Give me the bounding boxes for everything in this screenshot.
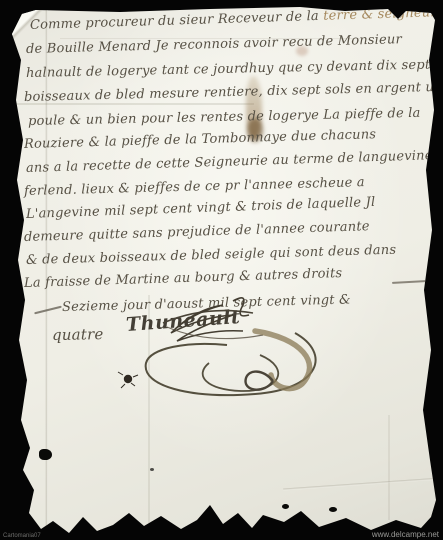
manuscript-line: ferlend. lieux & pieffes de ce pr l'anne… (24, 175, 365, 199)
date-lead-flourish (34, 306, 62, 315)
manuscript-line: poule & un bien pour les rentes de loger… (28, 106, 421, 129)
manuscript-line: boisseaux de bled mesure rentiere, dix s… (24, 80, 443, 105)
manuscript-line: halnault de logerye tant ce jourdhuy que… (26, 58, 431, 81)
manuscript-line: Rouziere & la pieffe de la Tombonnaye du… (24, 127, 377, 152)
manuscript-line: L'angevine mil sept cent vingt & trois d… (26, 195, 376, 222)
manuscript-line: Comme procureur du sieur Receveur de la … (30, 5, 443, 33)
manuscript-line: & de deux boisseaux de bled seigle qui s… (26, 243, 397, 268)
manuscript-line: de Bouille Menard Je reconnois avoir rec… (26, 32, 402, 57)
watermark-delcampe: www.delcampe.net (372, 530, 439, 539)
manuscript-line: La fraisse de Martine au bourg & autres … (24, 266, 343, 291)
signature-paraph-flourish (105, 293, 340, 415)
paper-hole (39, 449, 52, 460)
line-end-flourish (392, 280, 426, 284)
manuscript-date-line: quatre (52, 325, 104, 344)
paper-speck (329, 507, 337, 512)
scan-background: Comme procureur du sieur Receveur de la … (0, 0, 443, 540)
diagonal-crease (283, 477, 441, 490)
line-text-faded: terre & seigneurie (323, 5, 443, 24)
vertical-crease-right (388, 415, 390, 520)
paper-speck (282, 504, 289, 509)
line-text: Comme procureur du sieur Receveur de la (30, 9, 324, 33)
manuscript-line: demeure quitte sans prejudice de l'annee… (24, 219, 370, 245)
manuscript-paper: Comme procureur du sieur Receveur de la … (0, 0, 443, 540)
manuscript-line: ans a la recette de cette Seigneurie au … (26, 148, 433, 176)
watermark-seller: Cartomania07 (3, 533, 41, 539)
paper-speck (150, 468, 154, 471)
